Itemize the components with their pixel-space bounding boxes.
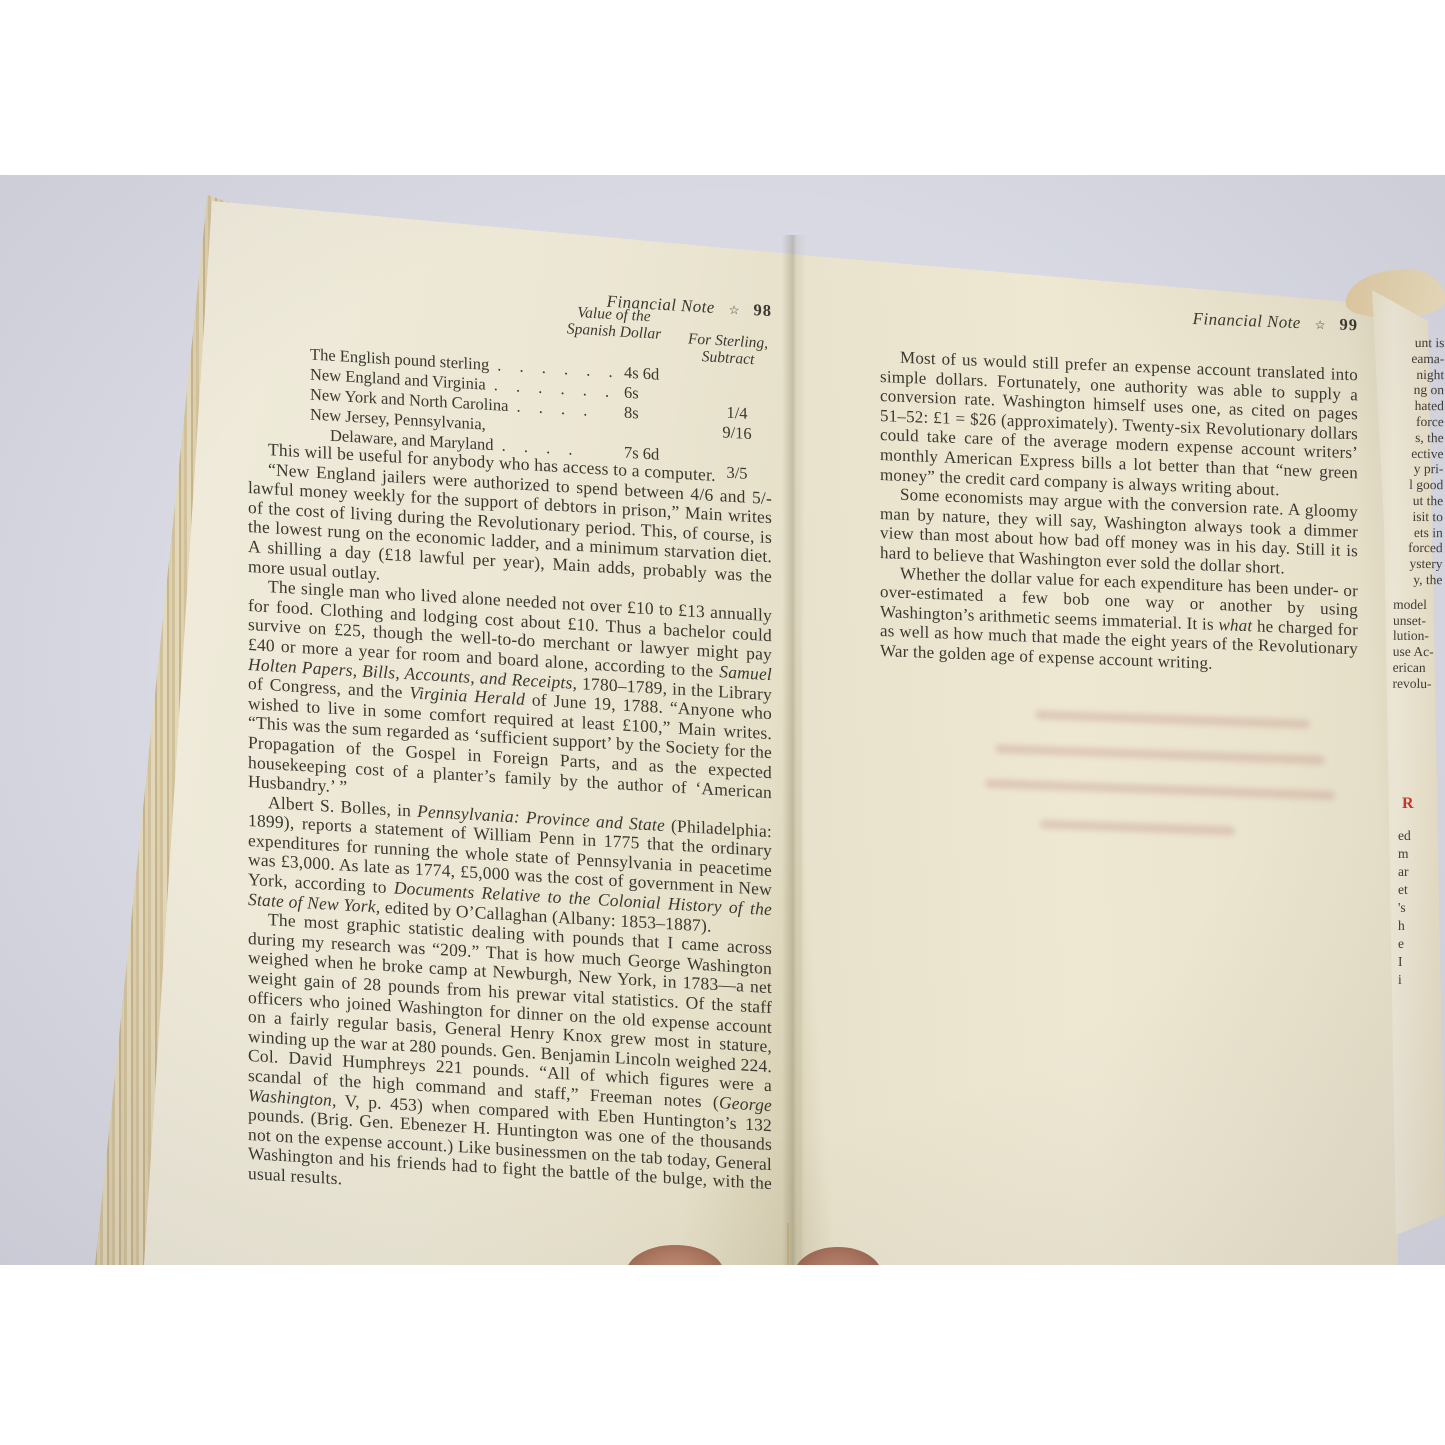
- next-page-text-fragments: edmaret'sheIi: [1398, 827, 1444, 989]
- fragment-gap: [1393, 588, 1443, 597]
- left-page-body-text: This will be useful for anybody who has …: [248, 439, 772, 1214]
- next-page-text-fragments: unt iseama-nightng onhatedforces, theect…: [1392, 335, 1445, 692]
- star-ornament-icon: ☆: [1315, 318, 1326, 333]
- star-ornament-icon: ☆: [729, 303, 740, 319]
- red-capital-fragment: R: [1402, 795, 1414, 813]
- right-page-body-text: Most of us would still prefer an expense…: [880, 347, 1358, 679]
- page-number: 99: [1340, 315, 1359, 336]
- paragraph: Whether the dollar value for each expend…: [880, 563, 1358, 679]
- book-gutter-shadow: [782, 235, 806, 1265]
- table-col-header-subtract: For Sterling,Subtract: [678, 330, 778, 370]
- paragraph: Most of us would still prefer an expense…: [880, 347, 1358, 503]
- book-photo: Financial Note ☆ 98 Value of theSpanish …: [0, 175, 1445, 1265]
- running-head-title: Financial Note: [1193, 309, 1301, 333]
- fragment-group: modelunset-lution-use Ac-ericanrevolu-: [1392, 597, 1443, 692]
- fragment-group: unt iseama-nightng onhatedforces, theect…: [1393, 335, 1445, 588]
- page-number: 98: [754, 300, 773, 321]
- gutter-crease-line: [787, 1223, 789, 1265]
- paragraph: The single man who lived alone needed no…: [248, 576, 772, 822]
- paragraph: The most graphic statistic dealing with …: [248, 909, 772, 1214]
- row-subtract: 9/16: [702, 421, 772, 445]
